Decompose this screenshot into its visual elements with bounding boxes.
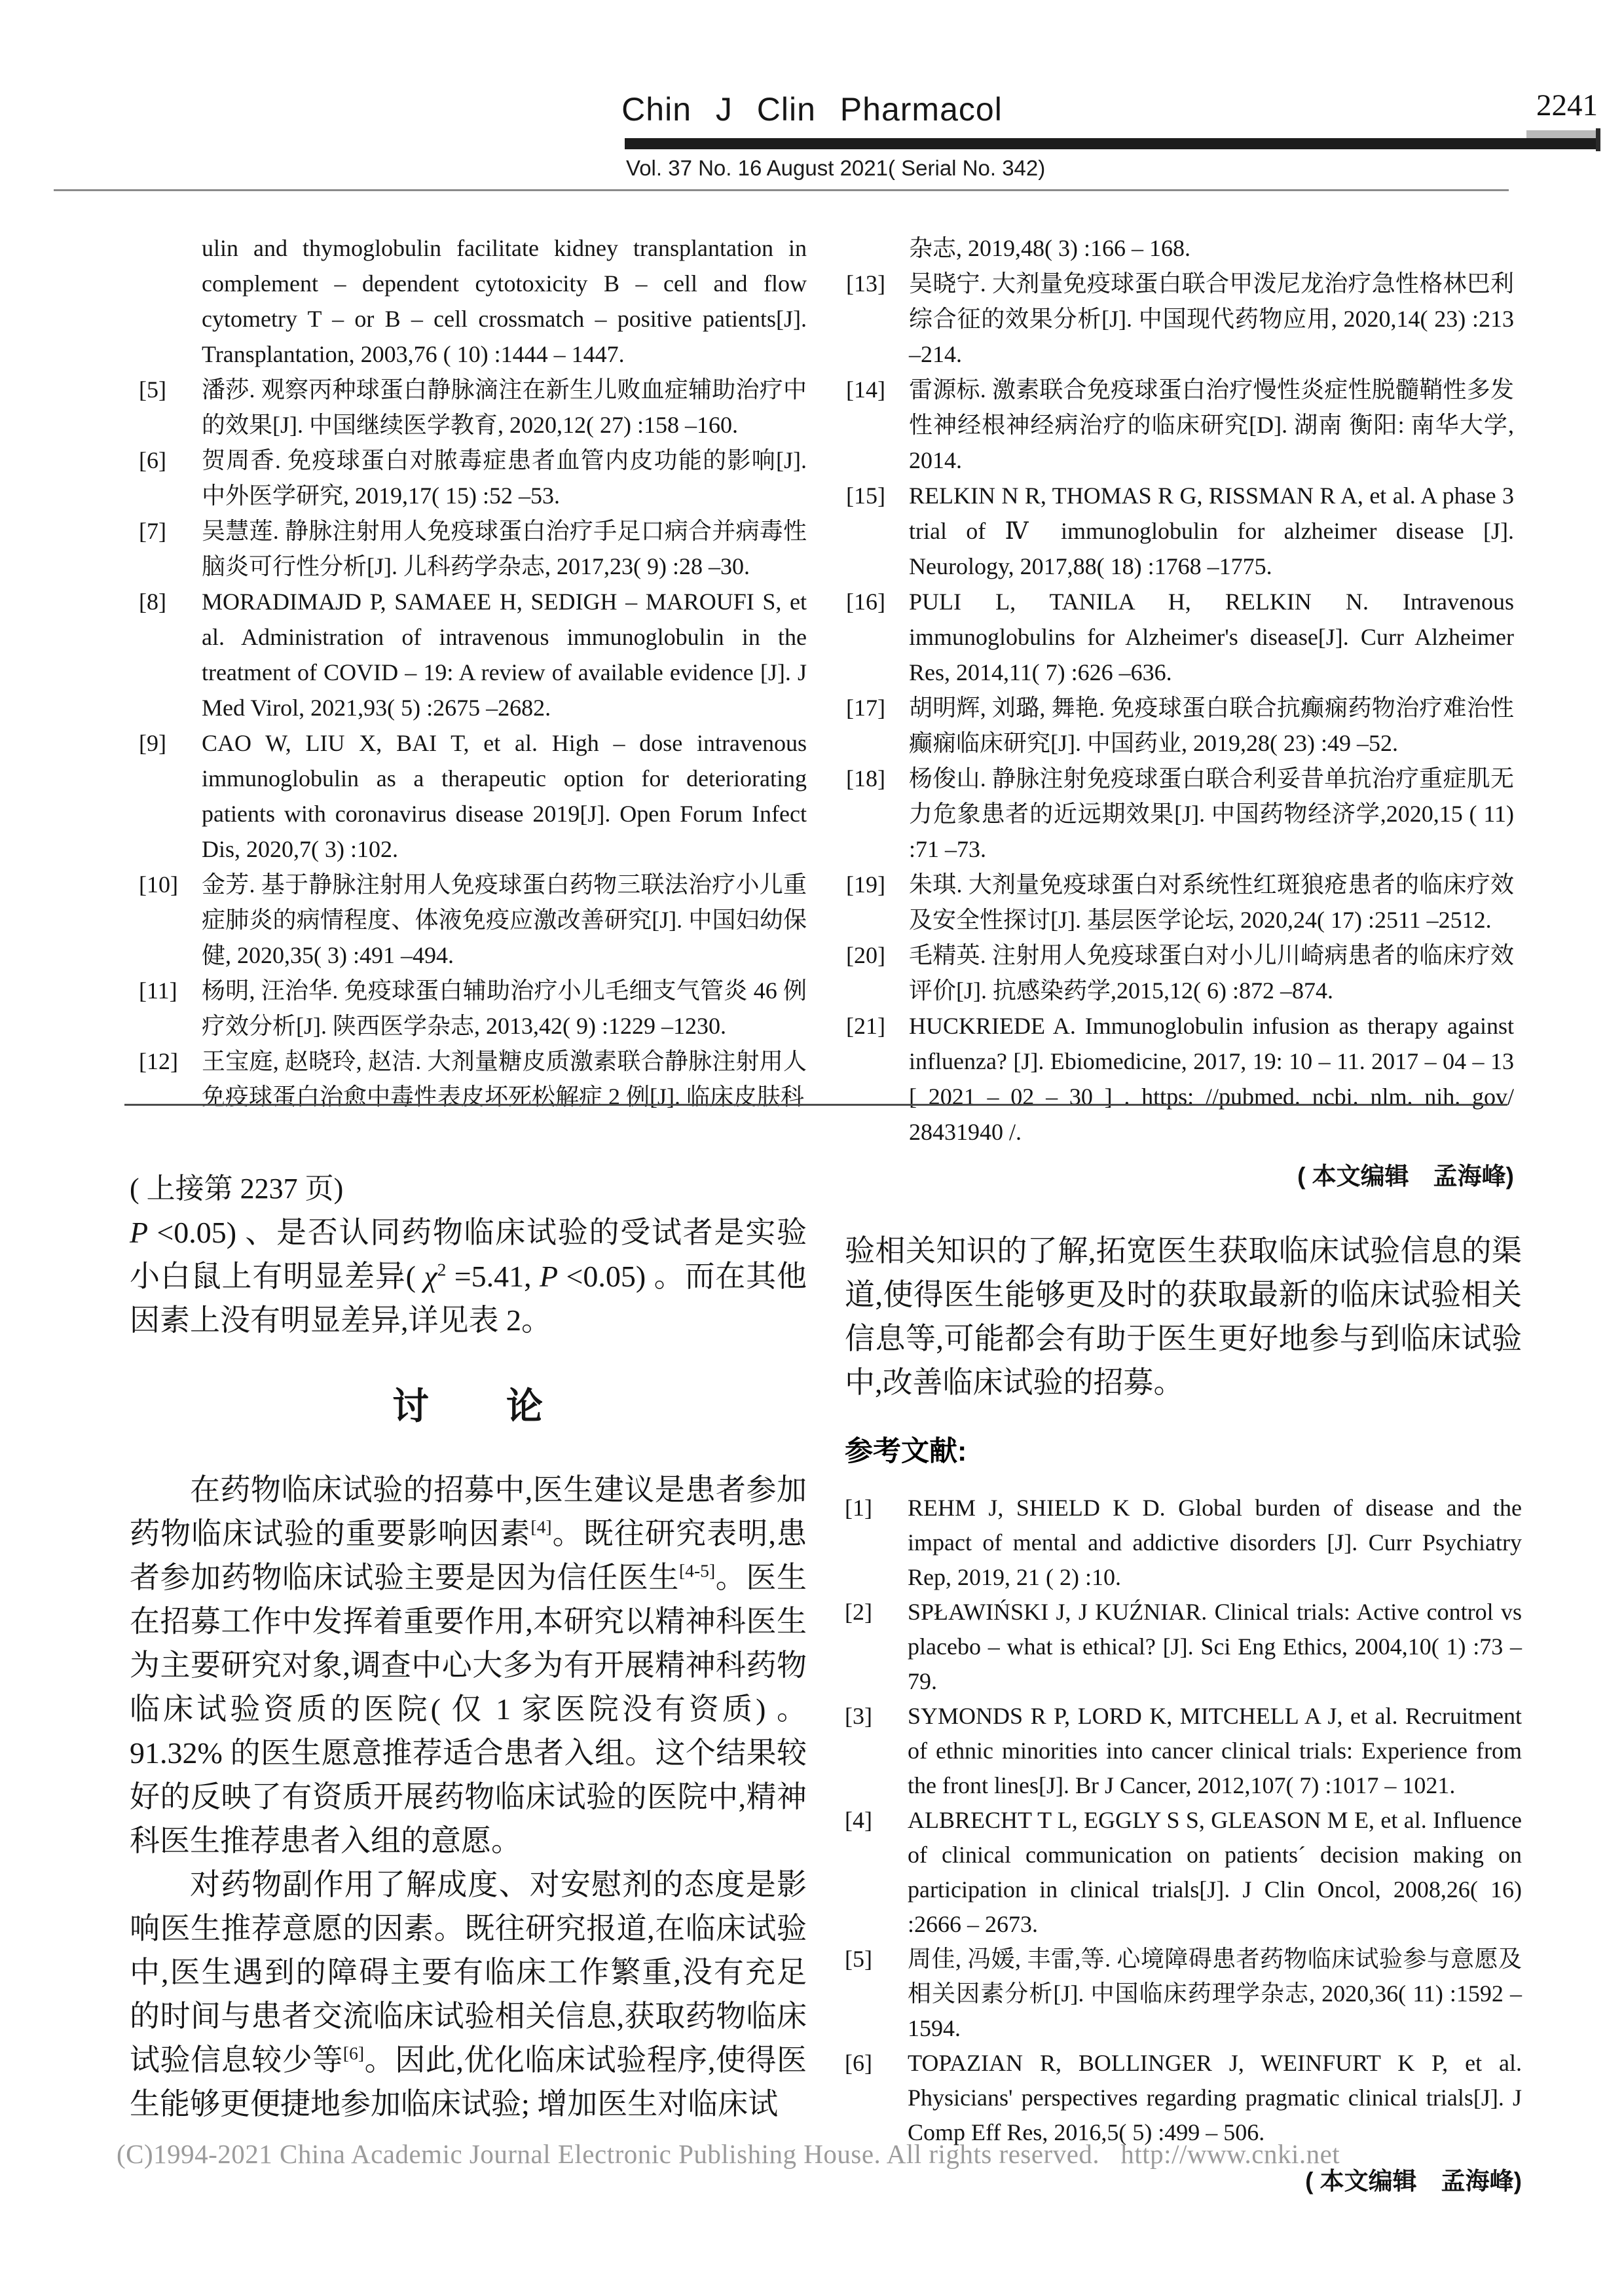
reference-text: 贺周香. 免疫球蛋白对脓毒症患者血管内皮功能的影响[J]. 中外医学研究, 20… [202, 447, 807, 509]
section-divider [124, 1104, 1507, 1106]
reference-text: 金芳. 基于静脉注射用人免疫球蛋白药物三联法治疗小儿重症肺炎的病情程度、体液免疫… [202, 871, 807, 968]
stat-symbol: P [540, 1260, 558, 1293]
header-bar-decoration [625, 138, 1600, 149]
reference-text: PULI L, TANILA H, RELKIN N. Intravenous … [909, 589, 1514, 685]
stat-symbol: P [130, 1216, 148, 1249]
reference-text: 吴晓宁. 大剂量免疫球蛋白联合甲泼尼龙治疗急性格林巴利综合征的效果分析[J]. … [909, 270, 1514, 367]
reference-label: [14] [846, 372, 885, 407]
reference-label: [19] [846, 867, 885, 902]
page-number: 2241 [1536, 88, 1598, 123]
article-column-left: ( 上接第 2237 页) P <0.05) 、是否认同药物临床试验的受试者是实… [130, 1167, 807, 2126]
reference-item-15: [15]RELKIN N R, THOMAS R G, RISSMAN R A,… [846, 478, 1514, 584]
issue-line: Vol. 37 No. 16 August 2021( Serial No. 3… [626, 156, 1045, 181]
reference-item-10: [10]金芳. 基于静脉注射用人免疫球蛋白药物三联法治疗小儿重症肺炎的病情程度、… [139, 867, 807, 973]
continuation-paragraph: 验相关知识的了解,拓宽医生获取临床试验信息的渠道,使得医生能够更及时的获取最新的… [845, 1229, 1522, 1404]
citation-marker: [4] [530, 1517, 551, 1537]
reference-text: 周佳, 冯媛, 丰雷,等. 心境障碍患者药物临床试验参与意愿及相关因素分析[J]… [908, 1946, 1522, 2041]
reference-item-2: [2]SPŁAWIŃSKI J, J KUŹNIAR. Clinical tri… [845, 1595, 1522, 1699]
discussion-paragraph-1: 在药物临床试验的招募中,医生建议是患者参加药物临床试验的重要影响因素[4]。既往… [130, 1468, 807, 1863]
reference-label: [16] [846, 584, 885, 619]
reference-text: 毛精英. 注射用人免疫球蛋白对小儿川崎病患者的临床疗效评价[J]. 抗感染药学,… [909, 942, 1514, 1004]
continued-from-note: ( 上接第 2237 页) [130, 1167, 807, 1211]
reference-label: [1] [845, 1491, 872, 1525]
references-column-left: ulin and thymoglobulin facilitate kidney… [139, 230, 807, 1114]
reference-text: 杨俊山. 静脉注射免疫球蛋白联合利妥昔单抗治疗重症肌无力危象患者的近远期效果[J… [909, 765, 1514, 862]
header-bar-tab-decoration [1526, 130, 1596, 138]
reference-item-11: [11]杨明, 汪治华. 免疫球蛋白辅助治疗小儿毛细支气管炎 46 例疗效分析[… [139, 973, 807, 1044]
discussion-heading: 讨 论 [130, 1384, 807, 1430]
reference-label: [11] [139, 973, 177, 1008]
reference-label: [21] [846, 1008, 885, 1044]
reference-text: REHM J, SHIELD K D. Global burden of dis… [908, 1495, 1522, 1590]
paragraph-text: 。医生在招募工作中发挥着重要作用,本研究以精神科医生为主要研究对象,调查中心大多… [130, 1561, 807, 1857]
reference-item-21: [21]HUCKRIEDE A. Immunoglobulin infusion… [846, 1008, 1514, 1150]
reference-text: 朱琪. 大剂量免疫球蛋白对系统性红斑狼疮患者的临床疗效及安全性探讨[J]. 基层… [909, 871, 1514, 933]
reference-text: SYMONDS R P, LORD K, MITCHELL A J, et al… [908, 1703, 1522, 1798]
reference-carryover-text: 杂志, 2019,48( 3) :166 – 168. [846, 230, 1514, 266]
page-footer: (C)1994-2021 China Academic Journal Elec… [117, 2138, 1340, 2170]
references-heading: 参考文献: [845, 1434, 1522, 1468]
reference-text: CAO W, LIU X, BAI T, et al. High – dose … [202, 730, 807, 862]
reference-label: [3] [845, 1699, 872, 1734]
reference-item-5: [5]周佳, 冯媛, 丰雷,等. 心境障碍患者药物临床试验参与意愿及相关因素分析… [845, 1942, 1522, 2046]
reference-item-17: [17]胡明辉, 刘璐, 舞艳. 免疫球蛋白联合抗癫痫药物治疗难治性癫痫临床研究… [846, 690, 1514, 761]
article-column-right: 验相关知识的了解,拓宽医生获取临床试验信息的渠道,使得医生能够更及时的获取最新的… [845, 1167, 1522, 2203]
journal-title: Chin J Clin Pharmacol [0, 90, 1624, 128]
reference-item-14: [14]雷源标. 激素联合免疫球蛋白治疗慢性炎症性脱髓鞘性多发性神经根神经病治疗… [846, 372, 1514, 478]
reference-item-9: [9]CAO W, LIU X, BAI T, et al. High – do… [139, 725, 807, 867]
reference-text: 杨明, 汪治华. 免疫球蛋白辅助治疗小儿毛细支气管炎 46 例疗效分析[J]. … [202, 977, 807, 1039]
reference-item-19: [19]朱琪. 大剂量免疫球蛋白对系统性红斑狼疮患者的临床疗效及安全性探讨[J]… [846, 867, 1514, 938]
header-rule [54, 189, 1509, 191]
superscript: 2 [437, 1260, 447, 1280]
reference-text: SPŁAWIŃSKI J, J KUŹNIAR. Clinical trials… [908, 1599, 1522, 1694]
reference-label: [12] [139, 1044, 178, 1079]
reference-item-16: [16]PULI L, TANILA H, RELKIN N. Intraven… [846, 584, 1514, 690]
citation-marker: [4-5] [679, 1561, 715, 1581]
reference-label: [17] [846, 690, 885, 725]
reference-label: [5] [845, 1942, 872, 1977]
reference-text: HUCKRIEDE A. Immunoglobulin infusion as … [909, 1013, 1514, 1145]
reference-label: [10] [139, 867, 178, 902]
reference-item-3: [3]SYMONDS R P, LORD K, MITCHELL A J, et… [845, 1699, 1522, 1803]
reference-label: [9] [139, 725, 166, 761]
reference-item-6: [6]贺周香. 免疫球蛋白对脓毒症患者血管内皮功能的影响[J]. 中外医学研究,… [139, 443, 807, 513]
reference-label: [5] [139, 372, 166, 407]
reference-label: [18] [846, 761, 885, 796]
reference-label: [6] [845, 2046, 872, 2081]
reference-text: 潘莎. 观察丙种球蛋白静脉滴注在新生儿败血症辅助治疗中的效果[J]. 中国继续医… [202, 376, 807, 438]
reference-carryover-text: ulin and thymoglobulin facilitate kidney… [139, 230, 807, 372]
paragraph-text: =5.41, [446, 1260, 540, 1293]
reference-label: [2] [845, 1595, 872, 1630]
reference-label: [13] [846, 266, 885, 301]
reference-text: 胡明辉, 刘璐, 舞艳. 免疫球蛋白联合抗癫痫药物治疗难治性癫痫临床研究[J].… [909, 695, 1514, 756]
reference-label: [7] [139, 513, 166, 549]
discussion-paragraph-2: 对药物副作用了解成度、对安慰剂的态度是影响医生推荐意愿的因素。既往研究报道,在临… [130, 1863, 807, 2126]
reference-item-7: [7]吴慧莲. 静脉注射用人免疫球蛋白治疗手足口病合并病毒性脑炎可行性分析[J]… [139, 513, 807, 584]
copyright-text: (C)1994-2021 China Academic Journal Elec… [117, 2139, 1340, 2169]
reference-text: 吴慧莲. 静脉注射用人免疫球蛋白治疗手足口病合并病毒性脑炎可行性分析[J]. 儿… [202, 518, 807, 579]
reference-text: 王宝庭, 赵晓玲, 赵洁. 大剂量糖皮质激素联合静脉注射用人免疫球蛋白治愈中毒性… [202, 1048, 807, 1110]
reference-label: [4] [845, 1803, 872, 1838]
chi-symbol: χ [424, 1260, 437, 1293]
reference-item-13: [13]吴晓宁. 大剂量免疫球蛋白联合甲泼尼龙治疗急性格林巴利综合征的效果分析[… [846, 266, 1514, 372]
reference-text: 雷源标. 激素联合免疫球蛋白治疗慢性炎症性脱髓鞘性多发性神经根神经病治疗的临床研… [909, 376, 1514, 473]
reference-text: MORADIMAJD P, SAMAEE H, SEDIGH – MAROUFI… [202, 589, 807, 721]
reference-text: ALBRECHT T L, EGGLY S S, GLEASON M E, et… [908, 1807, 1522, 1937]
reference-label: [20] [846, 938, 885, 973]
reference-item-6: [6]TOPAZIAN R, BOLLINGER J, WEINFURT K P… [845, 2046, 1522, 2150]
reference-text: TOPAZIAN R, BOLLINGER J, WEINFURT K P, e… [908, 2050, 1522, 2145]
reference-label: [6] [139, 443, 166, 478]
reference-item-4: [4]ALBRECHT T L, EGGLY S S, GLEASON M E,… [845, 1803, 1522, 1942]
journal-page: Chin J Clin Pharmacol 2241 Vol. 37 No. 1… [0, 0, 1624, 2296]
reference-item-20: [20]毛精英. 注射用人免疫球蛋白对小儿川崎病患者的临床疗效评价[J]. 抗感… [846, 938, 1514, 1008]
continued-paragraph: P <0.05) 、是否认同药物临床试验的受试者是实验小白鼠上有明显差异( χ2… [130, 1211, 807, 1342]
reference-label: [15] [846, 478, 885, 513]
reference-item-8: [8]MORADIMAJD P, SAMAEE H, SEDIGH – MARO… [139, 584, 807, 725]
header-bar-tick-decoration [1596, 128, 1600, 151]
reference-item-1: [1]REHM J, SHIELD K D. Global burden of … [845, 1491, 1522, 1595]
reference-text: RELKIN N R, THOMAS R G, RISSMAN R A, et … [909, 483, 1514, 579]
reference-item-18: [18]杨俊山. 静脉注射免疫球蛋白联合利妥昔单抗治疗重症肌无力危象患者的近远期… [846, 761, 1514, 867]
citation-marker: [6] [343, 2043, 364, 2064]
reference-label: [8] [139, 584, 166, 619]
reference-item-5: [5]潘莎. 观察丙种球蛋白静脉滴注在新生儿败血症辅助治疗中的效果[J]. 中国… [139, 372, 807, 443]
references-column-right: 杂志, 2019,48( 3) :166 – 168. [13]吴晓宁. 大剂量… [846, 230, 1514, 1194]
